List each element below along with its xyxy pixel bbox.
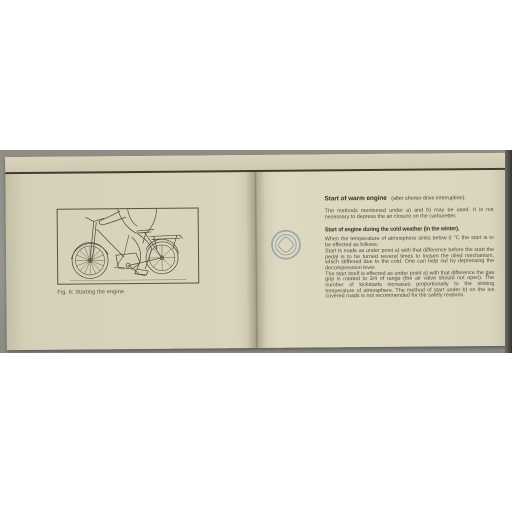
book-right-page-block-edge — [505, 150, 512, 353]
warm-engine-paragraph: The methods mentioned under a) and b) ma… — [325, 208, 494, 221]
cold-weather-paragraph-3: The start itself is effected as under po… — [325, 271, 494, 301]
figure-frame — [57, 207, 200, 284]
cold-weather-paragraph-2: Start is made as under point a) with tha… — [325, 248, 494, 272]
round-approval-stamp — [270, 229, 302, 261]
warm-engine-heading-text: Start of warm engine — [325, 195, 387, 203]
left-page: Fig. 6: Starting the engine — [5, 172, 257, 350]
warm-engine-heading-note: (after shorter drive interruption). — [391, 195, 466, 202]
figure-caption: Fig. 6: Starting the engine — [57, 288, 217, 295]
right-page-text: Start of warm engine (after shorter driv… — [324, 186, 494, 301]
section-warm-engine-heading: Start of warm engine (after shorter driv… — [324, 186, 493, 205]
open-book: Fig. 6: Starting the engine Start of war… — [5, 153, 507, 350]
rider-starting-moped-line-drawing — [58, 209, 199, 284]
screenshot-canvas: Fig. 6: Starting the engine Start of war… — [0, 0, 512, 512]
cold-weather-heading: Start of engine during the cold weather … — [325, 226, 484, 233]
photo-of-open-manual: Fig. 6: Starting the engine Start of war… — [0, 150, 512, 353]
